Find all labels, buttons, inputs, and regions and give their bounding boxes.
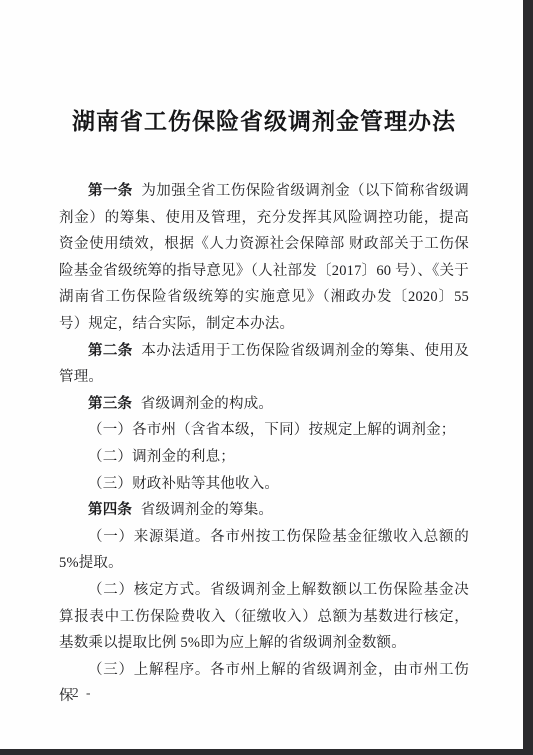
paragraph-article-1: 第一条为加强全省工伤保险省级调剂金（以下简称省级调剂金）的筹集、使用及管理，充分… xyxy=(59,178,469,338)
paragraph-item-4-2: （二）核定方式。省级调剂金上解数额以工伤保险基金决算报表中工伤保险费收入（征缴收… xyxy=(59,577,469,657)
paragraph-article-2: 第二条本办法适用于工伤保险省级调剂金的筹集、使用及管理。 xyxy=(59,338,469,391)
document-page: 湖南省工伤保险省级调剂金管理办法 第一条为加强全省工伤保险省级调剂金（以下简称省… xyxy=(0,0,533,755)
article-number: 第三条 xyxy=(88,396,132,412)
scan-edge-right xyxy=(523,0,533,755)
article-number: 第二条 xyxy=(88,343,133,359)
paragraph-text: （一）来源渠道。各市州按工伤保险基金征缴收入总额的 5%提取。 xyxy=(59,529,469,572)
paragraph-text: （三）财政补贴等其他收入。 xyxy=(88,476,279,492)
paragraph-article-3: 第三条省级调剂金的构成。 xyxy=(59,391,469,418)
paragraph-text: 省级调剂金的构成。 xyxy=(141,396,273,412)
paragraph-item-3-1: （一）各市州（含省本级，下同）按规定上解的调剂金； xyxy=(59,417,469,444)
scan-edge-bottom xyxy=(0,749,533,755)
document-content: 湖南省工伤保险省级调剂金管理办法 第一条为加强全省工伤保险省级调剂金（以下简称省… xyxy=(59,106,469,710)
document-title: 湖南省工伤保险省级调剂金管理办法 xyxy=(59,106,469,138)
paragraph-text: （二）核定方式。省级调剂金上解数额以工伤保险基金决算报表中工伤保险费收入（征缴收… xyxy=(59,582,469,651)
paragraph-item-4-1: （一）来源渠道。各市州按工伤保险基金征缴收入总额的 5%提取。 xyxy=(59,524,469,577)
paragraph-text: （一）各市州（含省本级，下同）按规定上解的调剂金； xyxy=(88,422,456,438)
paragraph-text: 为加强全省工伤保险省级调剂金（以下简称省级调剂金）的筹集、使用及管理，充分发挥其… xyxy=(59,183,469,332)
article-number: 第一条 xyxy=(88,183,133,199)
page-number: - 2 - xyxy=(60,684,93,702)
paragraph-item-4-3: （三）上解程序。各市州上解的省级调剂金，由市州工伤保 xyxy=(59,657,469,710)
article-number: 第四条 xyxy=(88,502,132,518)
paragraph-item-3-3: （三）财政补贴等其他收入。 xyxy=(59,471,469,498)
paragraph-article-4: 第四条省级调剂金的筹集。 xyxy=(59,497,469,524)
paragraph-text: （三）上解程序。各市州上解的省级调剂金，由市州工伤保 xyxy=(59,662,469,705)
paragraph-text: 省级调剂金的筹集。 xyxy=(141,502,273,518)
paragraph-text: （二）调剂金的利息； xyxy=(88,449,235,465)
paragraph-item-3-2: （二）调剂金的利息； xyxy=(59,444,469,471)
